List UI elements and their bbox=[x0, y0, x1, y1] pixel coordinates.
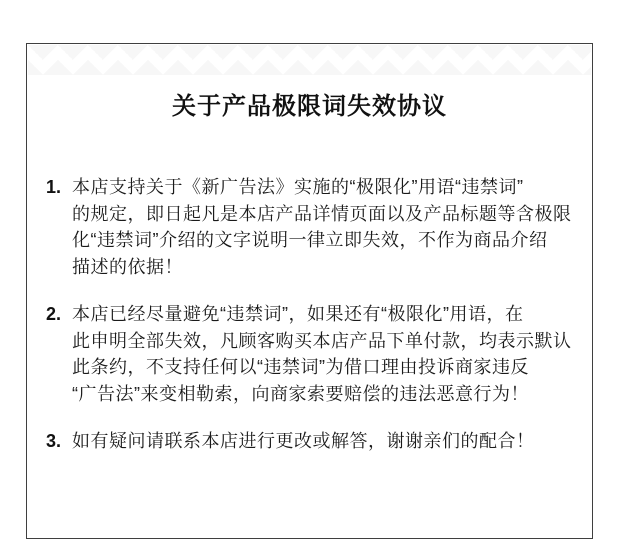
item-text: 如有疑问请联系本店进行更改或解答，谢谢亲们的配合！ bbox=[72, 428, 535, 455]
page-background: { "notice": { "title": "关于产品极限词失效协议", "i… bbox=[0, 0, 620, 560]
notice-items: 1. 本店支持关于《新广告法》实施的“极限化”用语“违禁词” 的规定，即日起凡是… bbox=[27, 174, 592, 455]
notice-item-1: 1. 本店支持关于《新广告法》实施的“极限化”用语“违禁词” 的规定，即日起凡是… bbox=[46, 174, 582, 280]
notice-box: 关于产品极限词失效协议 1. 本店支持关于《新广告法》实施的“极限化”用语“违禁… bbox=[26, 43, 593, 539]
item-number: 1. bbox=[46, 174, 72, 201]
watermark-texture bbox=[28, 45, 591, 75]
item-number: 3. bbox=[46, 428, 72, 455]
notice-title: 关于产品极限词失效协议 bbox=[27, 94, 592, 120]
notice-item-2: 2. 本店已经尽量避免“违禁词”，如果还有“极限化”用语，在 此申明全部失效，凡… bbox=[46, 301, 582, 407]
item-text: 本店已经尽量避免“违禁词”，如果还有“极限化”用语，在 此申明全部失效，凡顾客购… bbox=[72, 301, 572, 407]
item-text: 本店支持关于《新广告法》实施的“极限化”用语“违禁词” 的规定，即日起凡是本店产… bbox=[72, 174, 572, 280]
notice-item-3: 3. 如有疑问请联系本店进行更改或解答，谢谢亲们的配合！ bbox=[46, 428, 582, 455]
item-number: 2. bbox=[46, 301, 72, 328]
